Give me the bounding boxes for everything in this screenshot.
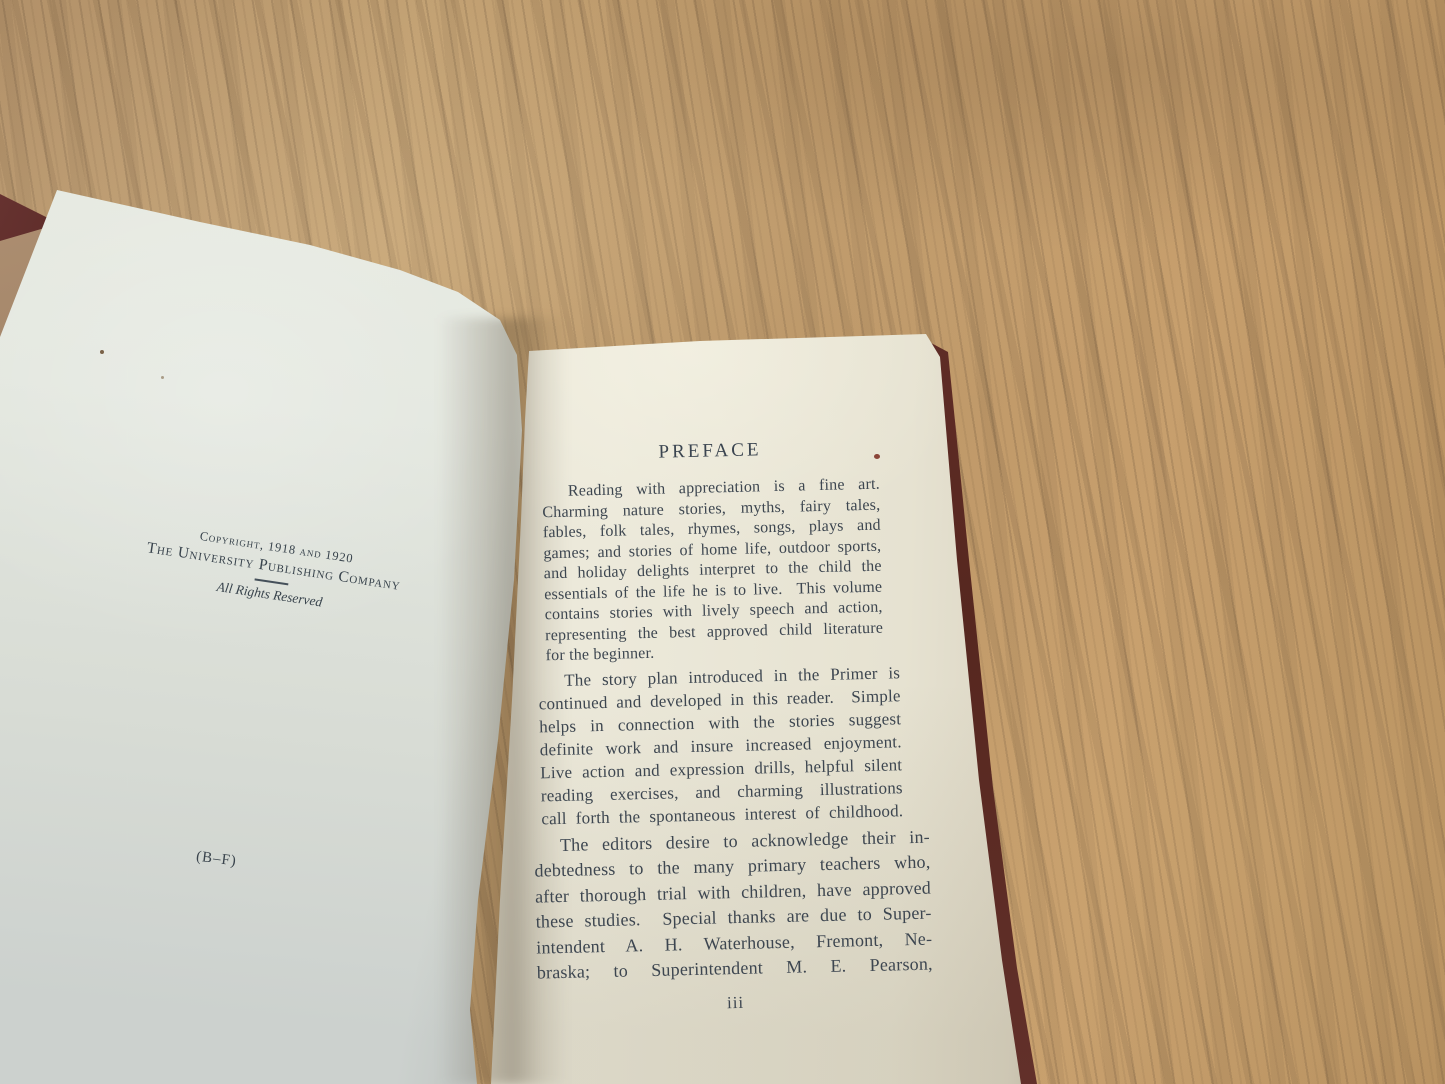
preface-text-block: PREFACE Reading with appreciation is a f… bbox=[519, 435, 952, 1017]
preface-paragraph-2: The story plan introduced in the Primer … bbox=[538, 661, 904, 830]
paper-speck bbox=[161, 376, 164, 379]
paper-speck bbox=[874, 454, 880, 459]
preface-paragraph-3: The editors desire to acknowledge their … bbox=[534, 824, 933, 986]
book-photo-scene: Copyright, 1918 and 1920 The University … bbox=[0, 0, 1445, 1084]
preface-paragraph-1: Reading with appreciation is a fine art.… bbox=[542, 475, 884, 667]
paper-speck bbox=[100, 350, 104, 354]
